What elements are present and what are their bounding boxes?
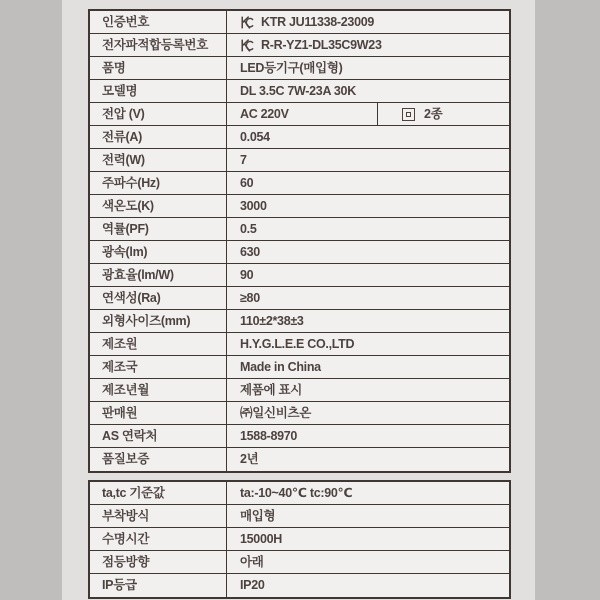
spec-table-operating-conditions: ta,tc 기준값ta:-10~40℃ tc:90℃부착방식매입형수명시간150… bbox=[88, 480, 511, 599]
spec-row: 부착방식매입형 bbox=[90, 505, 509, 528]
spec-label-text: IP등급 bbox=[102, 579, 137, 592]
spec-label-text: 광속(lm) bbox=[102, 246, 147, 259]
spec-row: 품명LED등기구(매입형) bbox=[90, 57, 509, 80]
spec-value-text: 630 bbox=[240, 246, 260, 259]
spec-value-text: 7 bbox=[240, 154, 247, 167]
spec-row: AS 연락처1588-8970 bbox=[90, 425, 509, 448]
spec-row: 색온도(K)3000 bbox=[90, 195, 509, 218]
kc-certification-mark-icon bbox=[240, 38, 254, 53]
spec-value-text: 0.054 bbox=[240, 131, 270, 144]
spec-row: 광속(lm)630 bbox=[90, 241, 509, 264]
spec-value-text: ≥80 bbox=[240, 292, 260, 305]
spec-label-text: 부착방식 bbox=[102, 510, 149, 523]
kc-certification-mark-icon bbox=[240, 15, 254, 30]
spec-label-text: 광효율(lm/W) bbox=[102, 269, 174, 282]
spec-value-cell: 110±2*38±3 bbox=[227, 310, 509, 332]
double-square-checkbox-icon bbox=[402, 108, 415, 121]
spec-row: 인증번호KTR JU11338-23009 bbox=[90, 11, 509, 34]
spec-value-cell: Made in China bbox=[227, 356, 509, 378]
spec-label-cell: 품명 bbox=[90, 57, 227, 79]
spec-value-cell: ≥80 bbox=[227, 287, 509, 309]
spec-value-text: DL 3.5C 7W-23A 30K bbox=[240, 85, 356, 98]
spec-value-cell: H.Y.G.L.E.E CO.,LTD bbox=[227, 333, 509, 355]
spec-value-cell: ta:-10~40℃ tc:90℃ bbox=[227, 482, 509, 504]
spec-value-text: 15000H bbox=[240, 533, 282, 546]
spec-label-cell: 제조원 bbox=[90, 333, 227, 355]
spec-label-cell: 전류(A) bbox=[90, 126, 227, 148]
spec-value-text: 60 bbox=[240, 177, 253, 190]
spec-label-cell: IP등급 bbox=[90, 574, 227, 597]
spec-value-text: Made in China bbox=[240, 361, 321, 374]
spec-row: 모델명DL 3.5C 7W-23A 30K bbox=[90, 80, 509, 103]
spec-row: 전류(A)0.054 bbox=[90, 126, 509, 149]
spec-label-cell: 판매원 bbox=[90, 402, 227, 424]
spec-value-text: 90 bbox=[240, 269, 253, 282]
spec-label-text: 색온도(K) bbox=[102, 200, 154, 213]
spec-label-cell: 모델명 bbox=[90, 80, 227, 102]
spec-label-text: 판매원 bbox=[102, 407, 137, 420]
spec-label-cell: 외형사이즈(mm) bbox=[90, 310, 227, 332]
spec-value-cell: DL 3.5C 7W-23A 30K bbox=[227, 80, 509, 102]
spec-label-text: 전자파적합등록번호 bbox=[102, 39, 208, 52]
spec-label-cell: 주파수(Hz) bbox=[90, 172, 227, 194]
spec-row: 광효율(lm/W)90 bbox=[90, 264, 509, 287]
spec-row: 판매원㈜일신비츠온 bbox=[90, 402, 509, 425]
spec-label-text: 점등방향 bbox=[102, 556, 149, 569]
voltage-class-cell: 2종 bbox=[377, 103, 509, 125]
spec-value-text: ㈜일신비츠온 bbox=[240, 407, 311, 420]
spec-label-cell: 광속(lm) bbox=[90, 241, 227, 263]
spec-table-main: 인증번호KTR JU11338-23009전자파적합등록번호R-R-YZ1-DL… bbox=[88, 9, 511, 473]
spec-value-cell: 0.5 bbox=[227, 218, 509, 240]
spec-label-cell: 역률(PF) bbox=[90, 218, 227, 240]
spec-row: 주파수(Hz)60 bbox=[90, 172, 509, 195]
spec-value-cell: 제품에 표시 bbox=[227, 379, 509, 401]
spec-value-cell: 15000H bbox=[227, 528, 509, 550]
spec-row: 외형사이즈(mm)110±2*38±3 bbox=[90, 310, 509, 333]
spec-value-cell: 7 bbox=[227, 149, 509, 171]
checkbox-inner-square bbox=[406, 112, 411, 117]
spec-value-text: ta:-10~40℃ tc:90℃ bbox=[240, 487, 352, 500]
spec-label-cell: 점등방향 bbox=[90, 551, 227, 573]
spec-label-text: 제조원 bbox=[102, 338, 137, 351]
spec-label-text: 인증번호 bbox=[102, 16, 149, 29]
spec-label-text: 주파수(Hz) bbox=[102, 177, 160, 190]
spec-value-text: 0.5 bbox=[240, 223, 256, 236]
spec-label-text: 외형사이즈(mm) bbox=[102, 315, 190, 328]
spec-label-text: 전류(A) bbox=[102, 131, 142, 144]
spec-value-cell: 아래 bbox=[227, 551, 509, 573]
spec-value-text: 1588-8970 bbox=[240, 430, 297, 443]
spec-value-cell: 2년 bbox=[227, 448, 509, 471]
spec-label-text: 제조년월 bbox=[102, 384, 149, 397]
spec-row: 품질보증2년 bbox=[90, 448, 509, 471]
spec-label-cell: 색온도(K) bbox=[90, 195, 227, 217]
spec-label-cell: 제조국 bbox=[90, 356, 227, 378]
spec-row: 수명시간15000H bbox=[90, 528, 509, 551]
spec-row: 제조년월제품에 표시 bbox=[90, 379, 509, 402]
spec-value-text: 아래 bbox=[240, 556, 264, 569]
spec-label-text: 전압 (V) bbox=[102, 108, 145, 121]
spec-label-text: 전력(W) bbox=[102, 154, 145, 167]
spec-label-text: 제조국 bbox=[102, 361, 137, 374]
spec-label-text: 품질보증 bbox=[102, 453, 149, 466]
spec-value-cell: 630 bbox=[227, 241, 509, 263]
spec-value-cell: 매입형 bbox=[227, 505, 509, 527]
spec-label-cell: 부착방식 bbox=[90, 505, 227, 527]
spec-label-cell: 전력(W) bbox=[90, 149, 227, 171]
spec-label-text: 역률(PF) bbox=[102, 223, 149, 236]
spec-label-cell: 연색성(Ra) bbox=[90, 287, 227, 309]
spec-row: 전력(W)7 bbox=[90, 149, 509, 172]
spec-row: 점등방향아래 bbox=[90, 551, 509, 574]
spec-value-text: R-R-YZ1-DL35C9W23 bbox=[261, 39, 382, 52]
spec-row: IP등급IP20 bbox=[90, 574, 509, 597]
spec-value-cell: AC 220V bbox=[227, 103, 377, 125]
spec-label-text: 모델명 bbox=[102, 85, 137, 98]
photo-background: { "canvas": { "background_color": "#bfbe… bbox=[0, 0, 600, 600]
spec-label-text: 수명시간 bbox=[102, 533, 149, 546]
spec-value-cell: R-R-YZ1-DL35C9W23 bbox=[227, 34, 509, 56]
spec-label-cell: 광효율(lm/W) bbox=[90, 264, 227, 286]
spec-value-cell: 3000 bbox=[227, 195, 509, 217]
spec-label-cell: 전자파적합등록번호 bbox=[90, 34, 227, 56]
spec-label-cell: 제조년월 bbox=[90, 379, 227, 401]
spec-value-text: 제품에 표시 bbox=[240, 384, 302, 397]
spec-label-cell: ta,tc 기준값 bbox=[90, 482, 227, 504]
spec-row: 연색성(Ra)≥80 bbox=[90, 287, 509, 310]
spec-label-text: ta,tc 기준값 bbox=[102, 487, 165, 500]
voltage-class-text: 2종 bbox=[424, 108, 442, 121]
spec-value-cell: 0.054 bbox=[227, 126, 509, 148]
spec-value-text: 3000 bbox=[240, 200, 267, 213]
spec-label-text: 품명 bbox=[102, 62, 126, 75]
spec-value-cell: 1588-8970 bbox=[227, 425, 509, 447]
spec-value-cell: ㈜일신비츠온 bbox=[227, 402, 509, 424]
spec-label-text: 연색성(Ra) bbox=[102, 292, 160, 305]
spec-row: 제조국Made in China bbox=[90, 356, 509, 379]
spec-value-text: KTR JU11338-23009 bbox=[261, 16, 374, 29]
spec-value-text: 매입형 bbox=[240, 510, 275, 523]
spec-value-text: LED등기구(매입형) bbox=[240, 62, 342, 75]
spec-value-cell: IP20 bbox=[227, 574, 509, 597]
spec-value-cell: 90 bbox=[227, 264, 509, 286]
spec-label-cell: AS 연락처 bbox=[90, 425, 227, 447]
spec-row: 역률(PF)0.5 bbox=[90, 218, 509, 241]
spec-value-cell: LED등기구(매입형) bbox=[227, 57, 509, 79]
spec-label-text: AS 연락처 bbox=[102, 430, 157, 443]
spec-label-sheet: 인증번호KTR JU11338-23009전자파적합등록번호R-R-YZ1-DL… bbox=[62, 0, 535, 600]
spec-row: 전압 (V)AC 220V2종 bbox=[90, 103, 509, 126]
spec-value-text: AC 220V bbox=[240, 108, 289, 121]
spec-value-cell: KTR JU11338-23009 bbox=[227, 11, 509, 33]
spec-label-cell: 품질보증 bbox=[90, 448, 227, 471]
spec-value-cell: 60 bbox=[227, 172, 509, 194]
spec-value-text: H.Y.G.L.E.E CO.,LTD bbox=[240, 338, 354, 351]
spec-label-cell: 전압 (V) bbox=[90, 103, 227, 125]
spec-row: 제조원H.Y.G.L.E.E CO.,LTD bbox=[90, 333, 509, 356]
spec-row: ta,tc 기준값ta:-10~40℃ tc:90℃ bbox=[90, 482, 509, 505]
spec-row: 전자파적합등록번호R-R-YZ1-DL35C9W23 bbox=[90, 34, 509, 57]
spec-value-text: 110±2*38±3 bbox=[240, 315, 304, 328]
spec-value-text: 2년 bbox=[240, 453, 258, 466]
spec-label-cell: 수명시간 bbox=[90, 528, 227, 550]
spec-value-text: IP20 bbox=[240, 579, 265, 592]
spec-label-cell: 인증번호 bbox=[90, 11, 227, 33]
